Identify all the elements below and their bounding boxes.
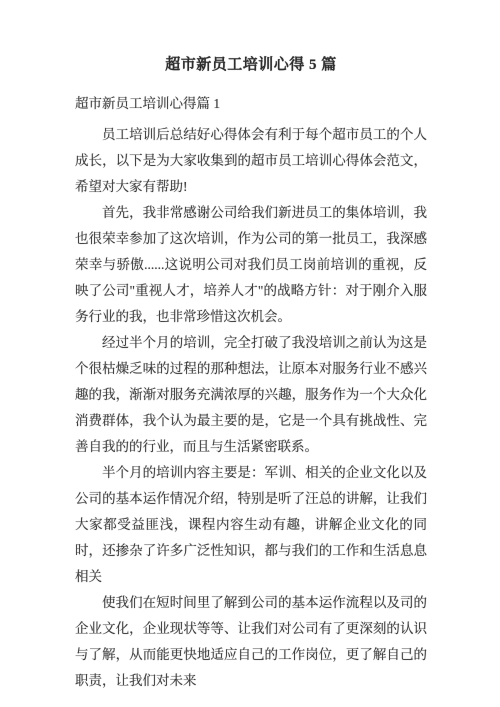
paragraph-training-impression: 经过半个月的培训，完全打破了我没培训之前认为这是个很枯燥乏味的过程的那种想法，让… — [75, 330, 427, 460]
paragraph-training-content: 半个月的培训内容主要是：军训、相关的企业文化以及公司的基本运作情况介绍，特别是听… — [75, 460, 427, 590]
paragraph-company-understanding: 使我们在短时间里了解到公司的基本运作流程以及司的企业文化，企业现状等等、让我们对… — [75, 590, 427, 694]
document-title: 超市新员工培训心得 5 篇 — [75, 54, 427, 76]
document-body: 员工培训后总结好心得体会有利于每个超市员工的个人成长，以下是为大家收集到的超市员… — [75, 122, 427, 694]
document-page: 超市新员工培训心得 5 篇 超市新员工培训心得篇 1 员工培训后总结好心得体会有… — [0, 0, 500, 707]
paragraph-thanks: 首先，我非常感谢公司给我们新进员工的集体培训，我也很荣幸参加了这次培训，作为公司… — [75, 200, 427, 330]
paragraph-intro: 员工培训后总结好心得体会有利于每个超市员工的个人成长，以下是为大家收集到的超市员… — [75, 122, 427, 200]
section-heading: 超市新员工培训心得篇 1 — [75, 92, 427, 116]
